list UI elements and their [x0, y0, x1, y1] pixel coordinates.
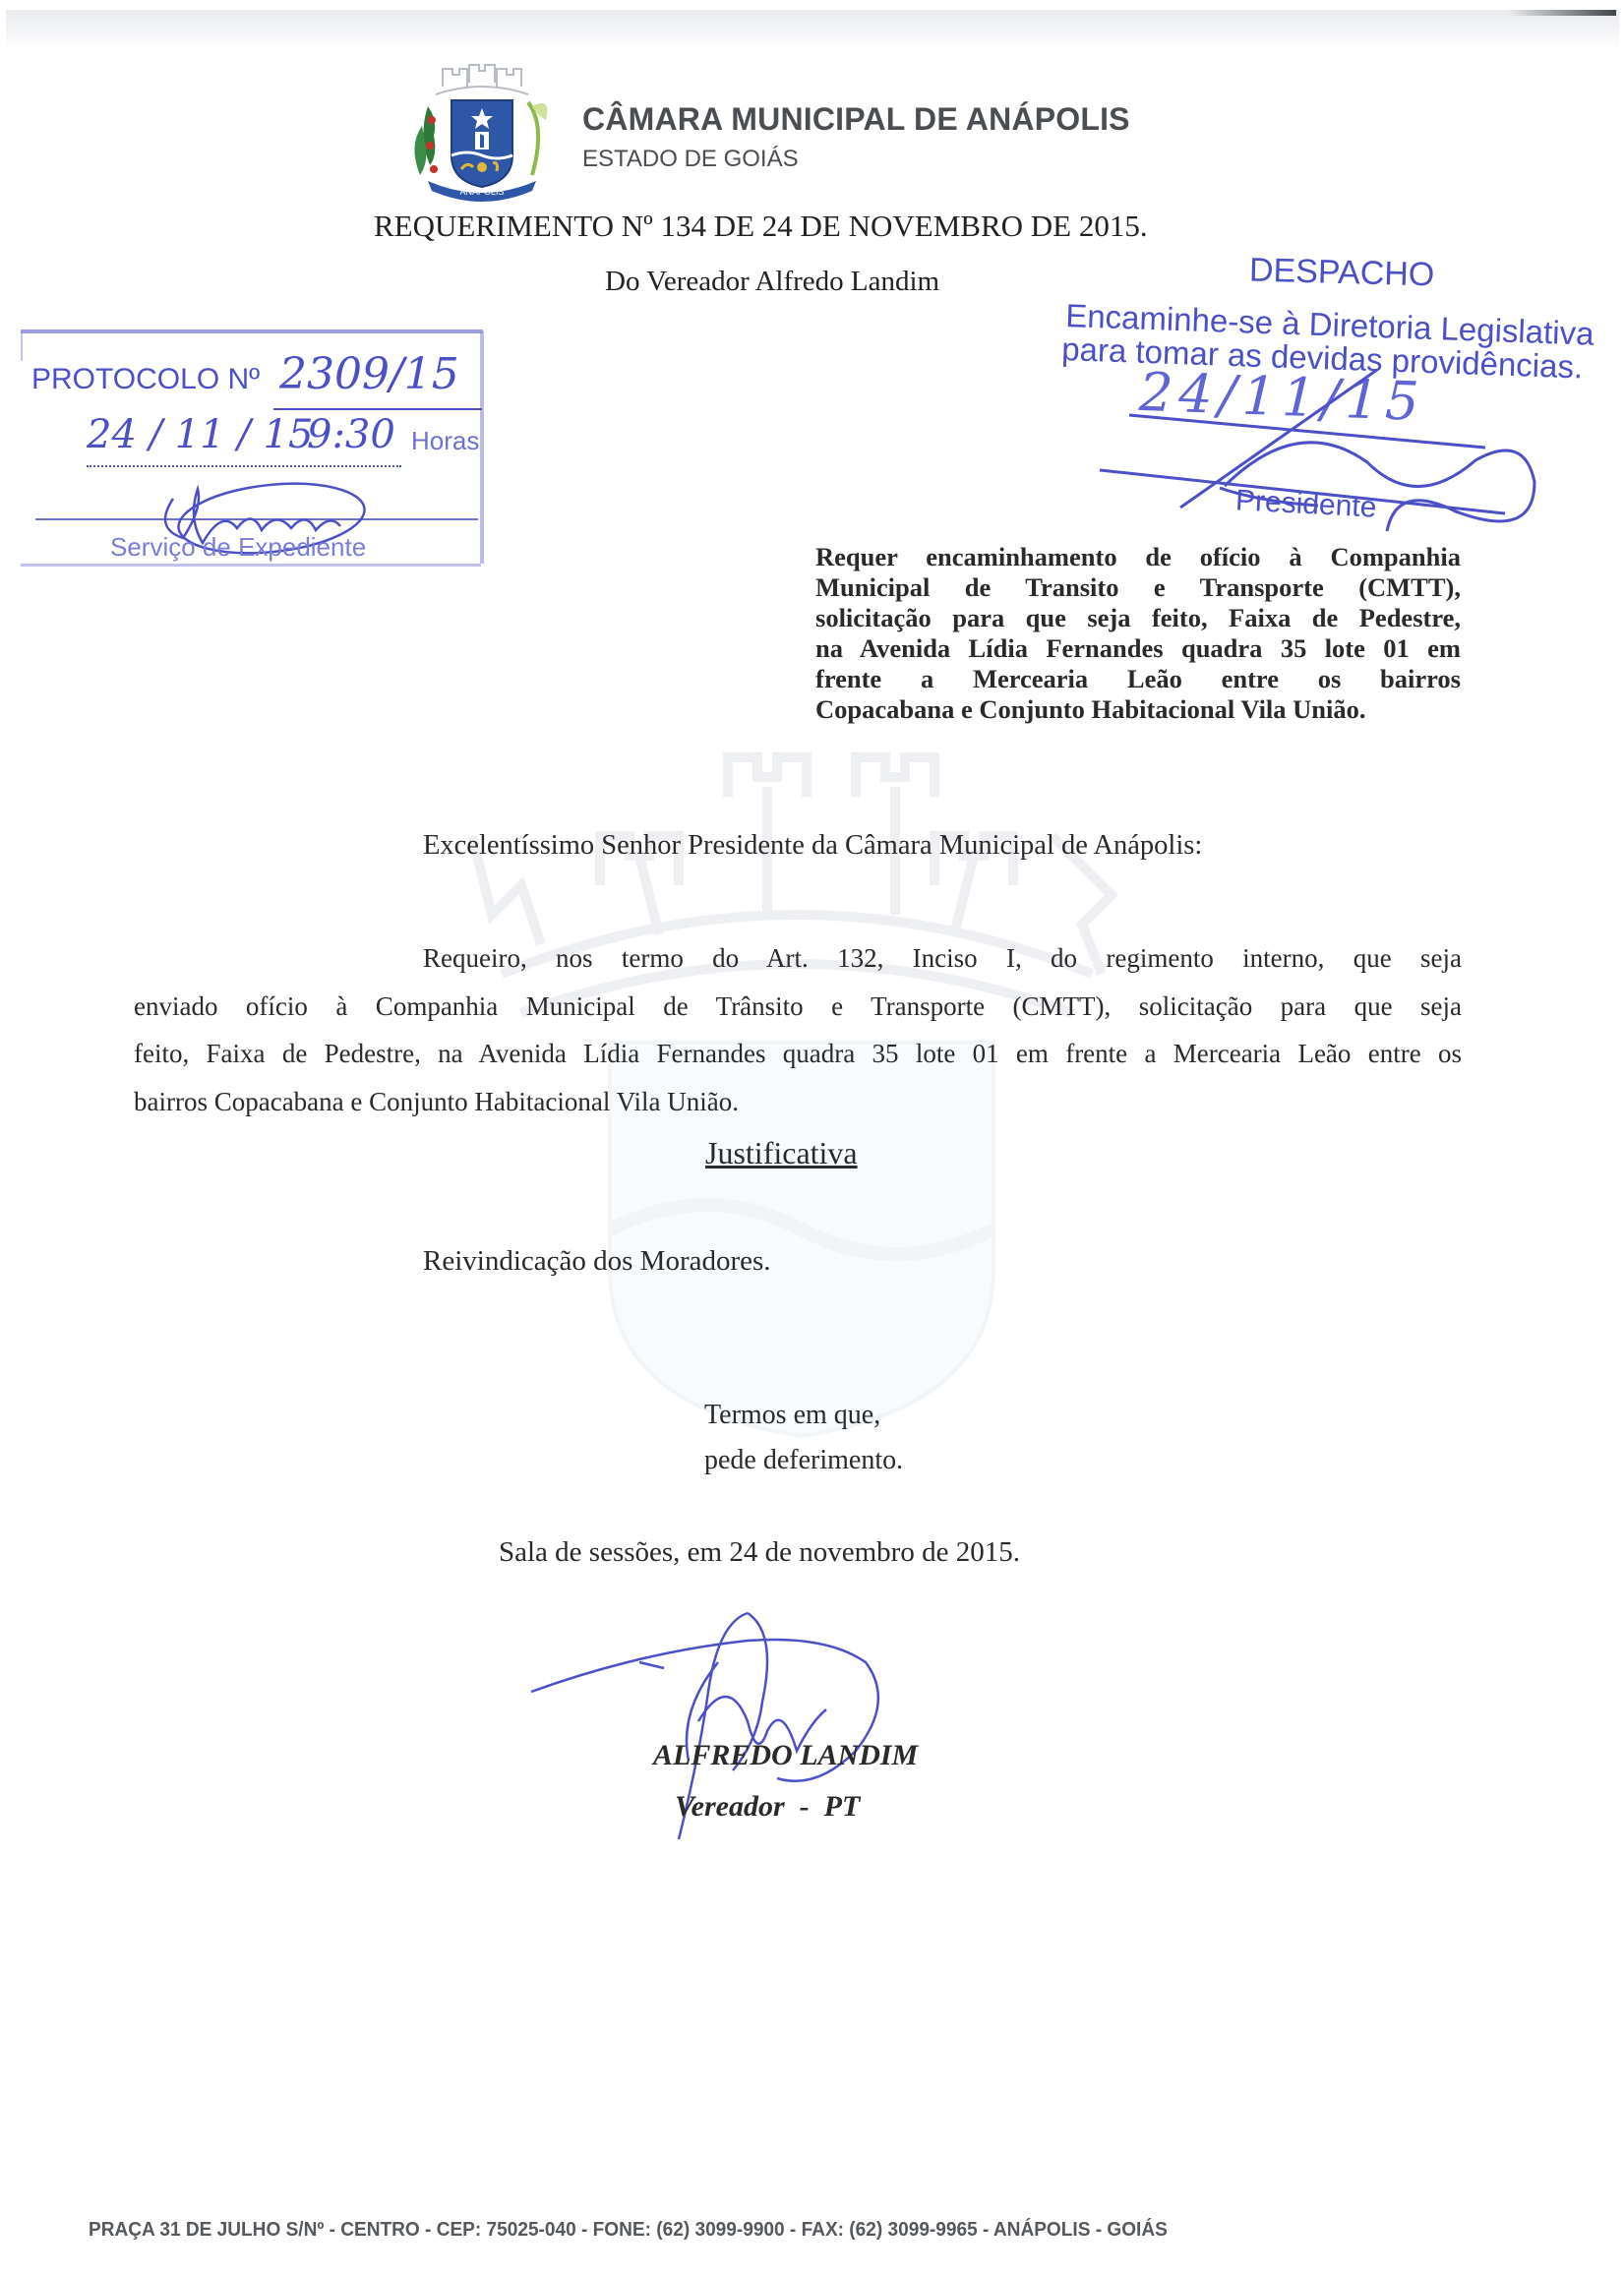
municipal-coat-of-arms-icon: ANÁPOLIS	[408, 57, 556, 203]
protocol-underline	[273, 408, 482, 410]
justification-heading: Justificativa	[705, 1135, 858, 1171]
scan-edge-dark	[1508, 10, 1616, 16]
body-line: enviado ofício à Companhia Municipal de …	[134, 983, 1462, 1031]
stamp-border	[21, 330, 483, 333]
document-summary: Requer encaminhamento de ofício à Compan…	[815, 542, 1461, 725]
signer-role: Vereador - PT	[675, 1790, 860, 1824]
stamp-border	[21, 564, 481, 567]
protocol-time-unit: Horas	[411, 426, 479, 456]
summary-line: Requer encaminhamento de ofício à Compan…	[815, 542, 1461, 572]
summary-line: na Avenida Lídia Fernandes quadra 35 lot…	[815, 633, 1461, 664]
body-line: Requeiro, nos termo do Art. 132, Inciso …	[134, 934, 1462, 983]
signer-name: ALFREDO LANDIM	[653, 1739, 918, 1772]
closing-line: Termos em que,	[704, 1393, 903, 1438]
place-date: Sala de sessões, em 24 de novembro de 20…	[499, 1536, 1020, 1569]
summary-line: Copacabana e Conjunto Habitacional Vila …	[815, 694, 1461, 725]
summary-line: Municipal de Transito e Transporte (CMTT…	[815, 572, 1461, 603]
summary-line: frente a Mercearia Leão entre os bairros	[815, 664, 1461, 694]
stamp-border	[21, 331, 23, 361]
protocol-service: Serviço de Expediente	[110, 532, 366, 563]
document-title: REQUERIMENTO Nº 134 DE 24 DE NOVEMBRO DE…	[374, 209, 1148, 244]
protocol-time: 9:30	[307, 412, 395, 457]
svg-text:ANÁPOLIS: ANÁPOLIS	[459, 187, 504, 197]
summary-line: solicitação para que seja feito, Faixa d…	[815, 603, 1461, 633]
organization-state: ESTADO DE GOIÁS	[582, 146, 799, 173]
document-author: Do Vereador Alfredo Landim	[605, 266, 939, 298]
protocol-stamp: PROTOCOLO Nº 2309/15 24 / 11 / 15 9:30 H…	[16, 322, 480, 571]
dispatch-stamp: DESPACHO Encaminhe-se à Diretoria Legisl…	[1062, 246, 1623, 541]
salutation: Excelentíssimo Senhor Presidente da Câma…	[423, 830, 1202, 862]
footer-address: PRAÇA 31 DE JULHO S/Nº - CENTRO - CEP: 7…	[89, 2218, 1168, 2242]
body-line: bairros Copacabana e Conjunto Habitacion…	[134, 1078, 1462, 1126]
body-line: feito, Faixa de Pedestre, na Avenida Líd…	[134, 1030, 1462, 1078]
closing: Termos em que, pede deferimento.	[704, 1393, 903, 1483]
organization-name: CÂMARA MUNICIPAL DE ANÁPOLIS	[582, 101, 1130, 138]
justification-text: Reivindicação dos Moradores.	[423, 1245, 771, 1278]
scan-edge-shadow	[6, 10, 1619, 49]
protocol-label: PROTOCOLO Nº	[31, 363, 260, 396]
closing-line: pede deferimento.	[704, 1438, 903, 1483]
protocol-number: 2309/15	[279, 349, 459, 399]
request-body: Requeiro, nos termo do Art. 132, Inciso …	[134, 934, 1462, 1125]
stamp-border	[480, 331, 484, 564]
protocol-date: 24 / 11 / 15	[87, 412, 314, 457]
